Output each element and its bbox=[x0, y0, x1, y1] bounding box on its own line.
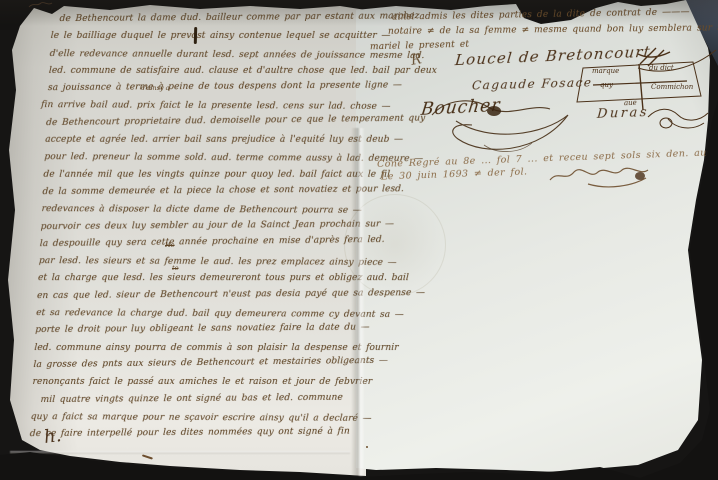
manuscript-line-3: d'elle redevance annuelle durant lesd. s… bbox=[49, 46, 350, 65]
mark-box-label: quy bbox=[600, 81, 613, 89]
paper-crease bbox=[10, 451, 350, 454]
manuscript-line-25: de ce faire interpellé pour les dites no… bbox=[29, 424, 330, 444]
interline-note: c'ainsy a bbox=[141, 84, 170, 92]
signature-boucher: Boucher bbox=[420, 96, 502, 120]
mark-box-label: du dict bbox=[649, 64, 674, 72]
manuscript-line-17: en cas que led. sieur de Bethencourt n'e… bbox=[37, 285, 338, 305]
manuscript-line-15: par lesd. les sieurs et sa femme le aud.… bbox=[38, 253, 339, 272]
manuscript-scan: de Bethencourt la dame dud. bailleur com… bbox=[0, 0, 718, 480]
signature-duras: Duras bbox=[596, 105, 649, 122]
manuscript-line-8: accepte et agrée led. arrier bail sans p… bbox=[45, 132, 346, 149]
initial-mark: R bbox=[410, 51, 423, 69]
manuscript-line-5: sa jouissance à terme à peine de tous de… bbox=[48, 78, 349, 98]
mark-box-label: marque bbox=[592, 67, 619, 75]
manuscript-line-23: mil quatre vingts quinze le ont signé au… bbox=[40, 389, 332, 409]
manuscript-line-9: pour led. preneur la somme sold. aud. te… bbox=[44, 149, 345, 168]
mark-box-label: Commichon bbox=[651, 83, 693, 91]
ink-blot-stroke bbox=[194, 27, 197, 44]
manuscript-line-22: renonçants faict le passé aux amiches le… bbox=[32, 374, 333, 391]
manuscript-line-11: de la somme demeurée et la piece la chos… bbox=[42, 182, 343, 202]
manuscript-line-14: la despouille quy sera cette année proch… bbox=[39, 232, 340, 253]
center-fold-seam bbox=[351, 128, 365, 476]
interline-note: Ho bbox=[165, 241, 175, 249]
manuscript-line-2: le le bailliage duquel le prevost ainsy … bbox=[50, 28, 351, 45]
interline-note: to bbox=[172, 264, 179, 272]
manuscript-line-21: la grosse des pnts aux sieurs de Bethenc… bbox=[33, 353, 334, 374]
manuscript-line-19: porte le droit pour luy obligeant le san… bbox=[35, 320, 336, 340]
notary-paraph: h. bbox=[43, 425, 63, 448]
manuscript-line-1: de Bethencourt la dame dud. bailleur com… bbox=[59, 9, 352, 29]
manuscript-line-7: de Bethencourt proprietaire dud. demoise… bbox=[46, 111, 347, 132]
stray-pen-dot bbox=[366, 446, 368, 448]
left-page-text: de Bethencourt la dame dud. bailleur com… bbox=[29, 11, 352, 443]
